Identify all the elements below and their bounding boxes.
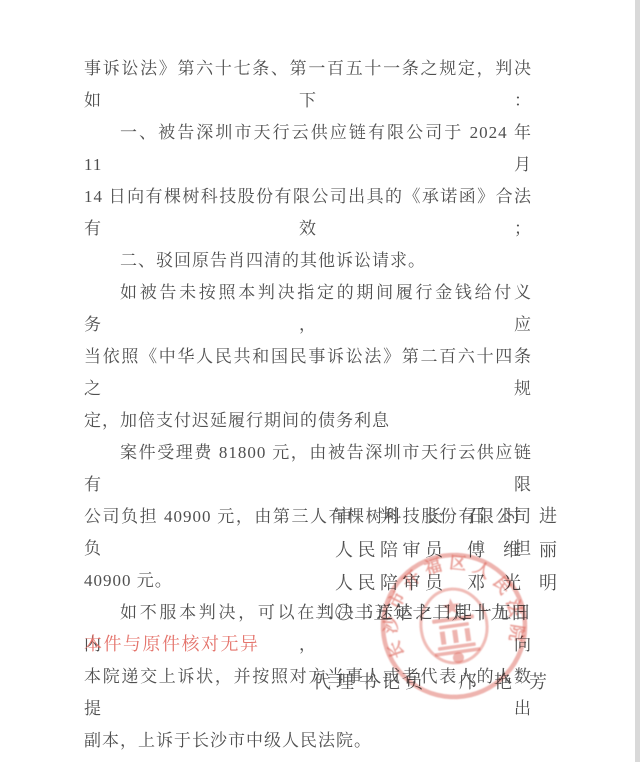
body-line: 当依照《中华人民共和国民事诉讼法》第二百六十四条之规 xyxy=(84,341,532,405)
document-page: 事诉讼法》第六十七条、第一百五十一条之规定，判决如下： 一、被告深圳市天行云供应… xyxy=(0,0,640,762)
body-line: 副本，上诉于长沙市中级人民法院。 xyxy=(84,725,532,757)
signature-row: 审 判 长石 时 进 xyxy=(335,500,557,534)
body-line: 一、被告深圳市天行云供应链有限公司于 2024 年 11 月 xyxy=(84,117,532,181)
signature-role: 人民陪审员 xyxy=(335,534,443,568)
clerk-name: 邝 艳 芳 xyxy=(459,667,547,697)
signature-role: 人民陪审员 xyxy=(335,567,443,601)
body-line: 事诉讼法》第六十七条、第一百五十一条之规定，判决如下： xyxy=(84,53,532,117)
signature-row: 人民陪审员邓 光 明 xyxy=(335,567,557,601)
page-edge-shadow xyxy=(635,0,640,762)
signature-role: 审 判 长 xyxy=(335,500,443,534)
signature-name: 邓 光 明 xyxy=(467,567,557,601)
signature-name: 石 时 进 xyxy=(467,500,557,534)
clerk-role: 代理书记员 xyxy=(313,667,423,697)
body-line: 二、驳回原告肖四清的其他诉讼请求。 xyxy=(84,245,532,277)
signature-name: 傅 维 丽 xyxy=(467,534,557,568)
body-line: 案件受理费 81800 元，由被告深圳市天行云供应链有限 xyxy=(84,437,532,501)
body-line: 如被告未按照本判决指定的期间履行金钱给付义务，应 xyxy=(84,277,532,341)
judgment-date: 二〇二五年十二月十九日 xyxy=(315,598,530,628)
signature-block: 审 判 长石 时 进 人民陪审员傅 维 丽 人民陪审员邓 光 明 xyxy=(335,500,557,601)
body-line: 14 日向有棵树科技股份有限公司出具的《承诺函》合法有效； xyxy=(84,181,532,245)
verification-note: 本件与原件核对无异 xyxy=(84,629,260,659)
clerk-row: 代理书记员邝 艳 芳 xyxy=(313,667,547,697)
body-line: 定，加倍支付迟延履行期间的债务利息 xyxy=(84,405,532,437)
signature-row: 人民陪审员傅 维 丽 xyxy=(335,534,557,568)
